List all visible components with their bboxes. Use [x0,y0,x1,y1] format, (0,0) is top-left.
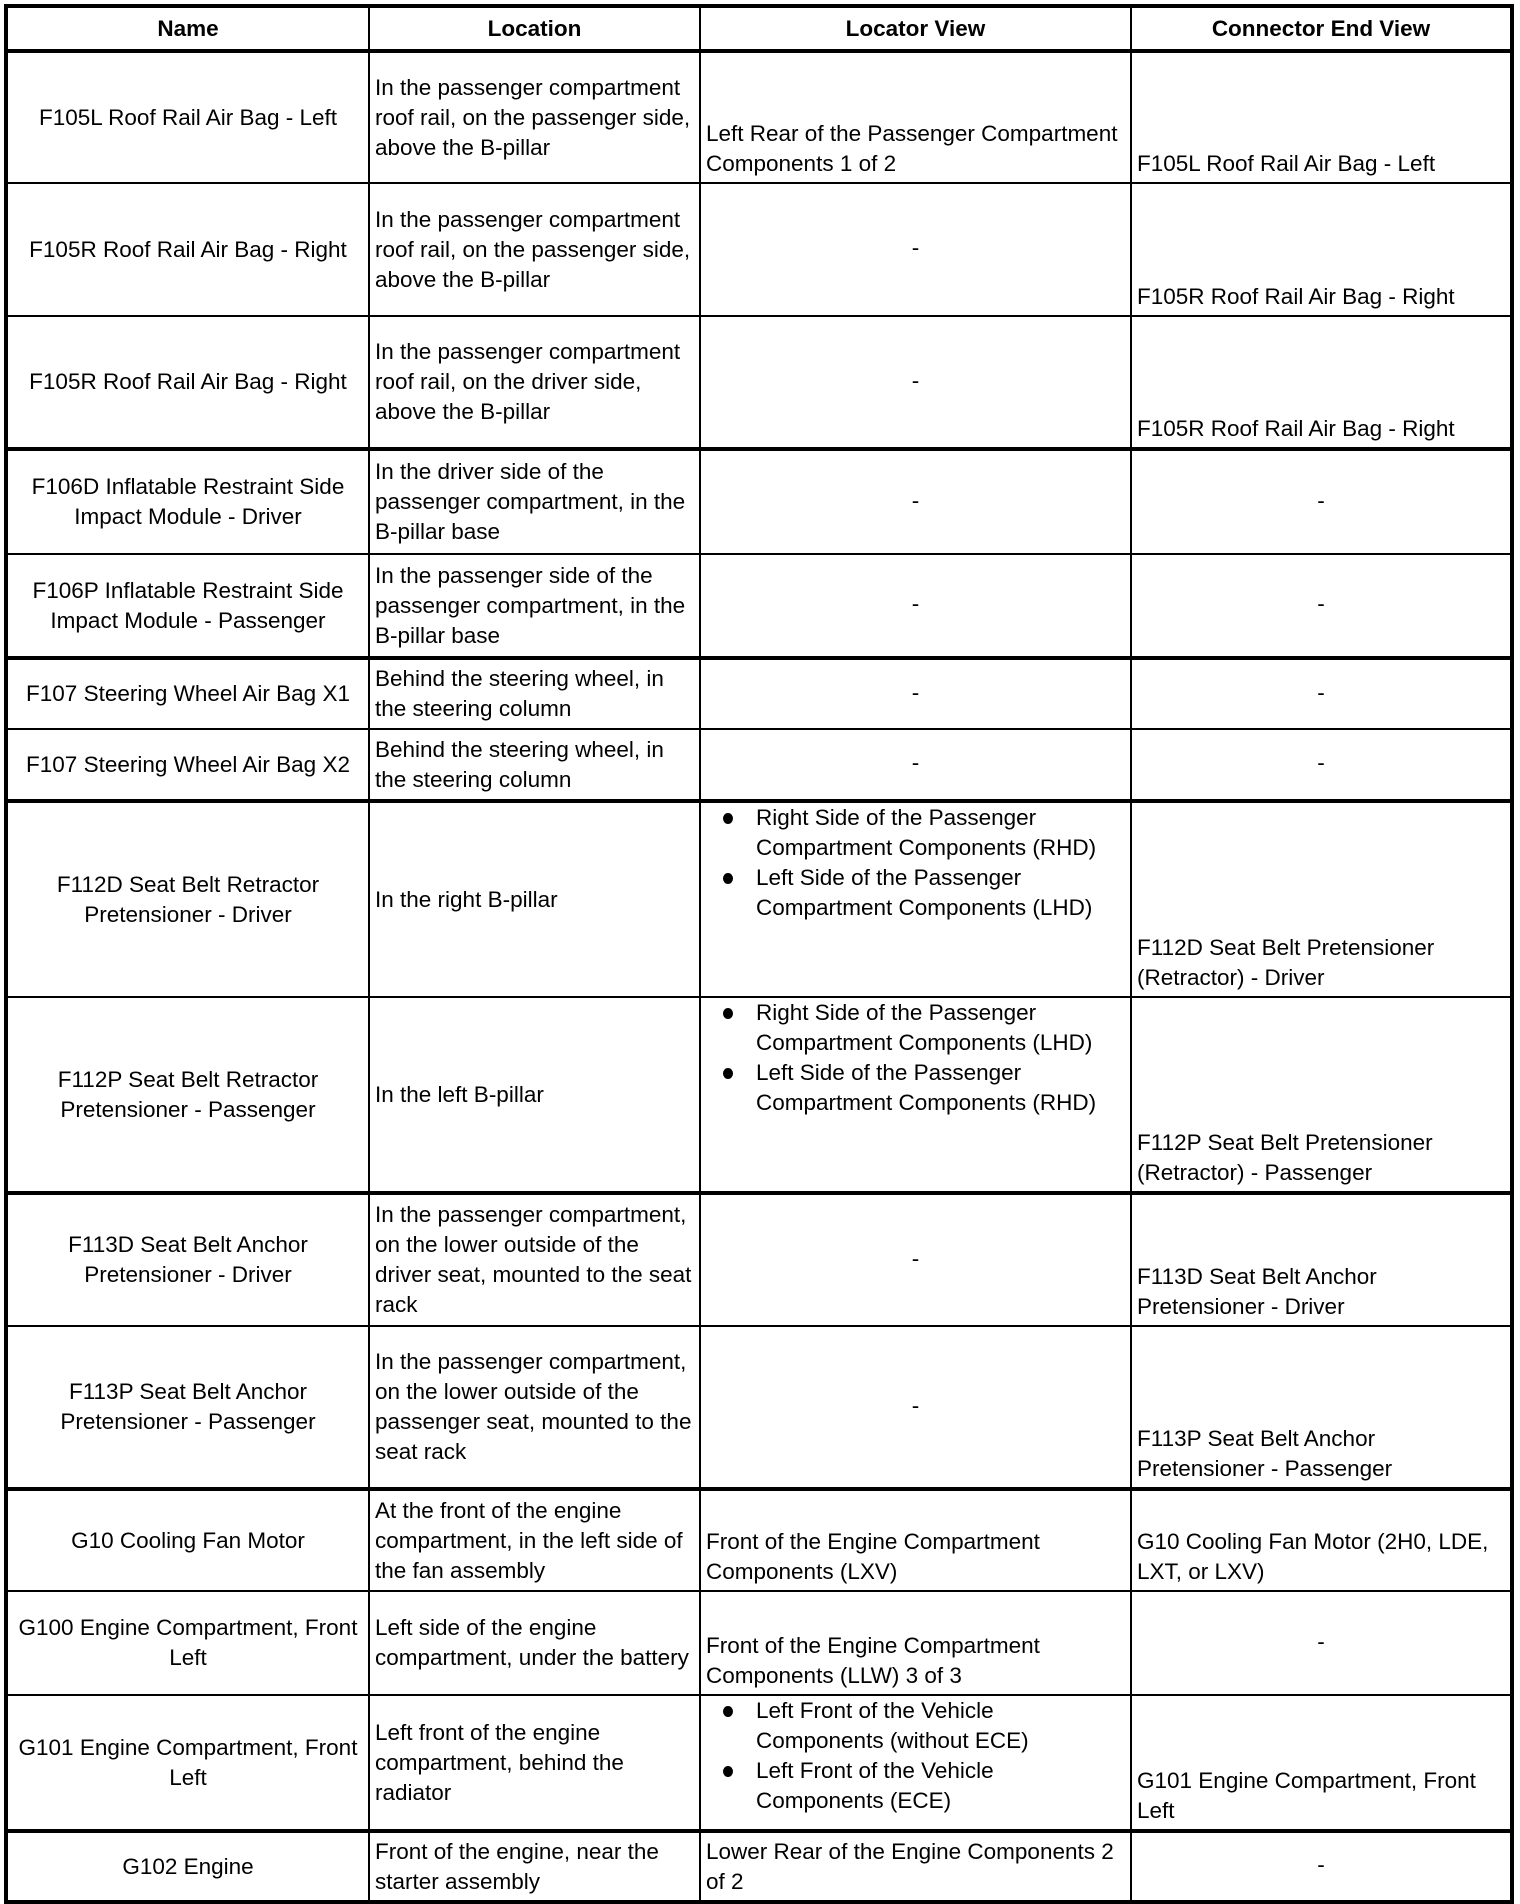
locator-view: Left Front of the Vehicle Components (wi… [700,1695,1131,1831]
table-row: G101 Engine Compartment, Front LeftLeft … [6,1695,1512,1831]
connector-end-view: F113D Seat Belt Anchor Pretensioner - Dr… [1131,1193,1512,1326]
table-row: F107 Steering Wheel Air Bag X2Behind the… [6,729,1512,801]
locator-view-item: Right Side of the Passenger Compartment … [756,803,1125,863]
component-location: In the right B-pillar [369,801,700,997]
connector-end-view: - [1131,1591,1512,1695]
component-name: G102 Engine [6,1831,369,1900]
connector-end-view: G101 Engine Compartment, Front Left [1131,1695,1512,1831]
component-name: F113P Seat Belt Anchor Pretensioner - Pa… [6,1326,369,1489]
component-location: In the left B-pillar [369,997,700,1193]
connector-end-view: F112D Seat Belt Pretensioner (Retractor)… [1131,801,1512,997]
connector-end-view: F105R Roof Rail Air Bag - Right [1131,316,1512,449]
table-row: G100 Engine Compartment, Front LeftLeft … [6,1591,1512,1695]
component-name: F107 Steering Wheel Air Bag X2 [6,729,369,801]
locator-view: - [700,449,1131,554]
table-row: G102 EngineFront of the engine, near the… [6,1831,1512,1900]
component-location: In the passenger compartment, on the low… [369,1193,700,1326]
component-location: In the driver side of the passenger comp… [369,449,700,554]
connector-end-view: - [1131,554,1512,658]
connector-end-view: - [1131,449,1512,554]
locator-view: Right Side of the Passenger Compartment … [700,801,1131,997]
locator-view: Front of the Engine Compartment Componen… [700,1591,1131,1695]
locator-view: - [700,554,1131,658]
locator-view: - [700,658,1131,729]
component-location: Front of the engine, near the starter as… [369,1831,700,1900]
component-name: F106D Inflatable Restraint Side Impact M… [6,449,369,554]
component-location: At the front of the engine compartment, … [369,1489,700,1591]
table-row: F113P Seat Belt Anchor Pretensioner - Pa… [6,1326,1512,1489]
component-location: In the passenger compartment roof rail, … [369,316,700,449]
table-row: G10 Cooling Fan MotorAt the front of the… [6,1489,1512,1591]
header-locator-view: Locator View [700,6,1131,51]
locator-view-item: Right Side of the Passenger Compartment … [756,998,1125,1058]
component-location: Behind the steering wheel, in the steeri… [369,729,700,801]
header-row: Name Location Locator View Connector End… [6,6,1512,51]
component-location: In the passenger compartment roof rail, … [369,51,700,183]
connector-end-view: G10 Cooling Fan Motor (2H0, LDE, LXT, or… [1131,1489,1512,1591]
component-location: Left front of the engine compartment, be… [369,1695,700,1831]
component-name: F105R Roof Rail Air Bag - Right [6,316,369,449]
component-name: G10 Cooling Fan Motor [6,1489,369,1591]
connector-end-view: - [1131,1831,1512,1900]
locator-view: Front of the Engine Compartment Componen… [700,1489,1131,1591]
connector-end-view: F105R Roof Rail Air Bag - Right [1131,183,1512,316]
locator-view-item: Left Side of the Passenger Compartment C… [756,863,1125,923]
locator-view-list: Left Front of the Vehicle Components (wi… [706,1696,1125,1816]
connector-end-view: F112P Seat Belt Pretensioner (Retractor)… [1131,997,1512,1193]
table-row: F106P Inflatable Restraint Side Impact M… [6,554,1512,658]
connector-end-view: F113P Seat Belt Anchor Pretensioner - Pa… [1131,1326,1512,1489]
table-row: F112P Seat Belt Retractor Pretensioner -… [6,997,1512,1193]
component-name: F112P Seat Belt Retractor Pretensioner -… [6,997,369,1193]
table-row: F112D Seat Belt Retractor Pretensioner -… [6,801,1512,997]
connector-end-view: - [1131,658,1512,729]
locator-view: - [700,316,1131,449]
component-name: G101 Engine Compartment, Front Left [6,1695,369,1831]
component-name: F105L Roof Rail Air Bag - Left [6,51,369,183]
locator-view: Right Side of the Passenger Compartment … [700,997,1131,1193]
table-row: F107 Steering Wheel Air Bag X1Behind the… [6,658,1512,729]
locator-view: - [700,1193,1131,1326]
component-name: F107 Steering Wheel Air Bag X1 [6,658,369,729]
component-location: Behind the steering wheel, in the steeri… [369,658,700,729]
table-row: F105L Roof Rail Air Bag - LeftIn the pas… [6,51,1512,183]
component-location: In the passenger side of the passenger c… [369,554,700,658]
locator-view: Lower Rear of the Engine Components 2 of… [700,1831,1131,1900]
component-name: F112D Seat Belt Retractor Pretensioner -… [6,801,369,997]
table-row: F113D Seat Belt Anchor Pretensioner - Dr… [6,1193,1512,1326]
table-row: F105R Roof Rail Air Bag - RightIn the pa… [6,183,1512,316]
locator-view-item: Left Front of the Vehicle Components (EC… [756,1756,1125,1816]
locator-view-item: Left Front of the Vehicle Components (wi… [756,1696,1125,1756]
table-row: F105R Roof Rail Air Bag - RightIn the pa… [6,316,1512,449]
locator-view-list: Right Side of the Passenger Compartment … [706,998,1125,1118]
locator-view: - [700,183,1131,316]
component-name: G100 Engine Compartment, Front Left [6,1591,369,1695]
component-location: In the passenger compartment, on the low… [369,1326,700,1489]
connector-end-view: F105L Roof Rail Air Bag - Left [1131,51,1512,183]
header-name: Name [6,6,369,51]
component-location: Left side of the engine compartment, und… [369,1591,700,1695]
locator-view: - [700,729,1131,801]
locator-view: - [700,1326,1131,1489]
component-locator-table: Name Location Locator View Connector End… [4,4,1514,1900]
header-location: Location [369,6,700,51]
locator-view-list: Right Side of the Passenger Compartment … [706,803,1125,923]
component-location: In the passenger compartment roof rail, … [369,183,700,316]
header-connector-end-view: Connector End View [1131,6,1512,51]
locator-view-item: Left Side of the Passenger Compartment C… [756,1058,1125,1118]
connector-end-view: - [1131,729,1512,801]
component-name: F106P Inflatable Restraint Side Impact M… [6,554,369,658]
locator-view: Left Rear of the Passenger Compartment C… [700,51,1131,183]
table-row: F106D Inflatable Restraint Side Impact M… [6,449,1512,554]
component-name: F105R Roof Rail Air Bag - Right [6,183,369,316]
component-name: F113D Seat Belt Anchor Pretensioner - Dr… [6,1193,369,1326]
